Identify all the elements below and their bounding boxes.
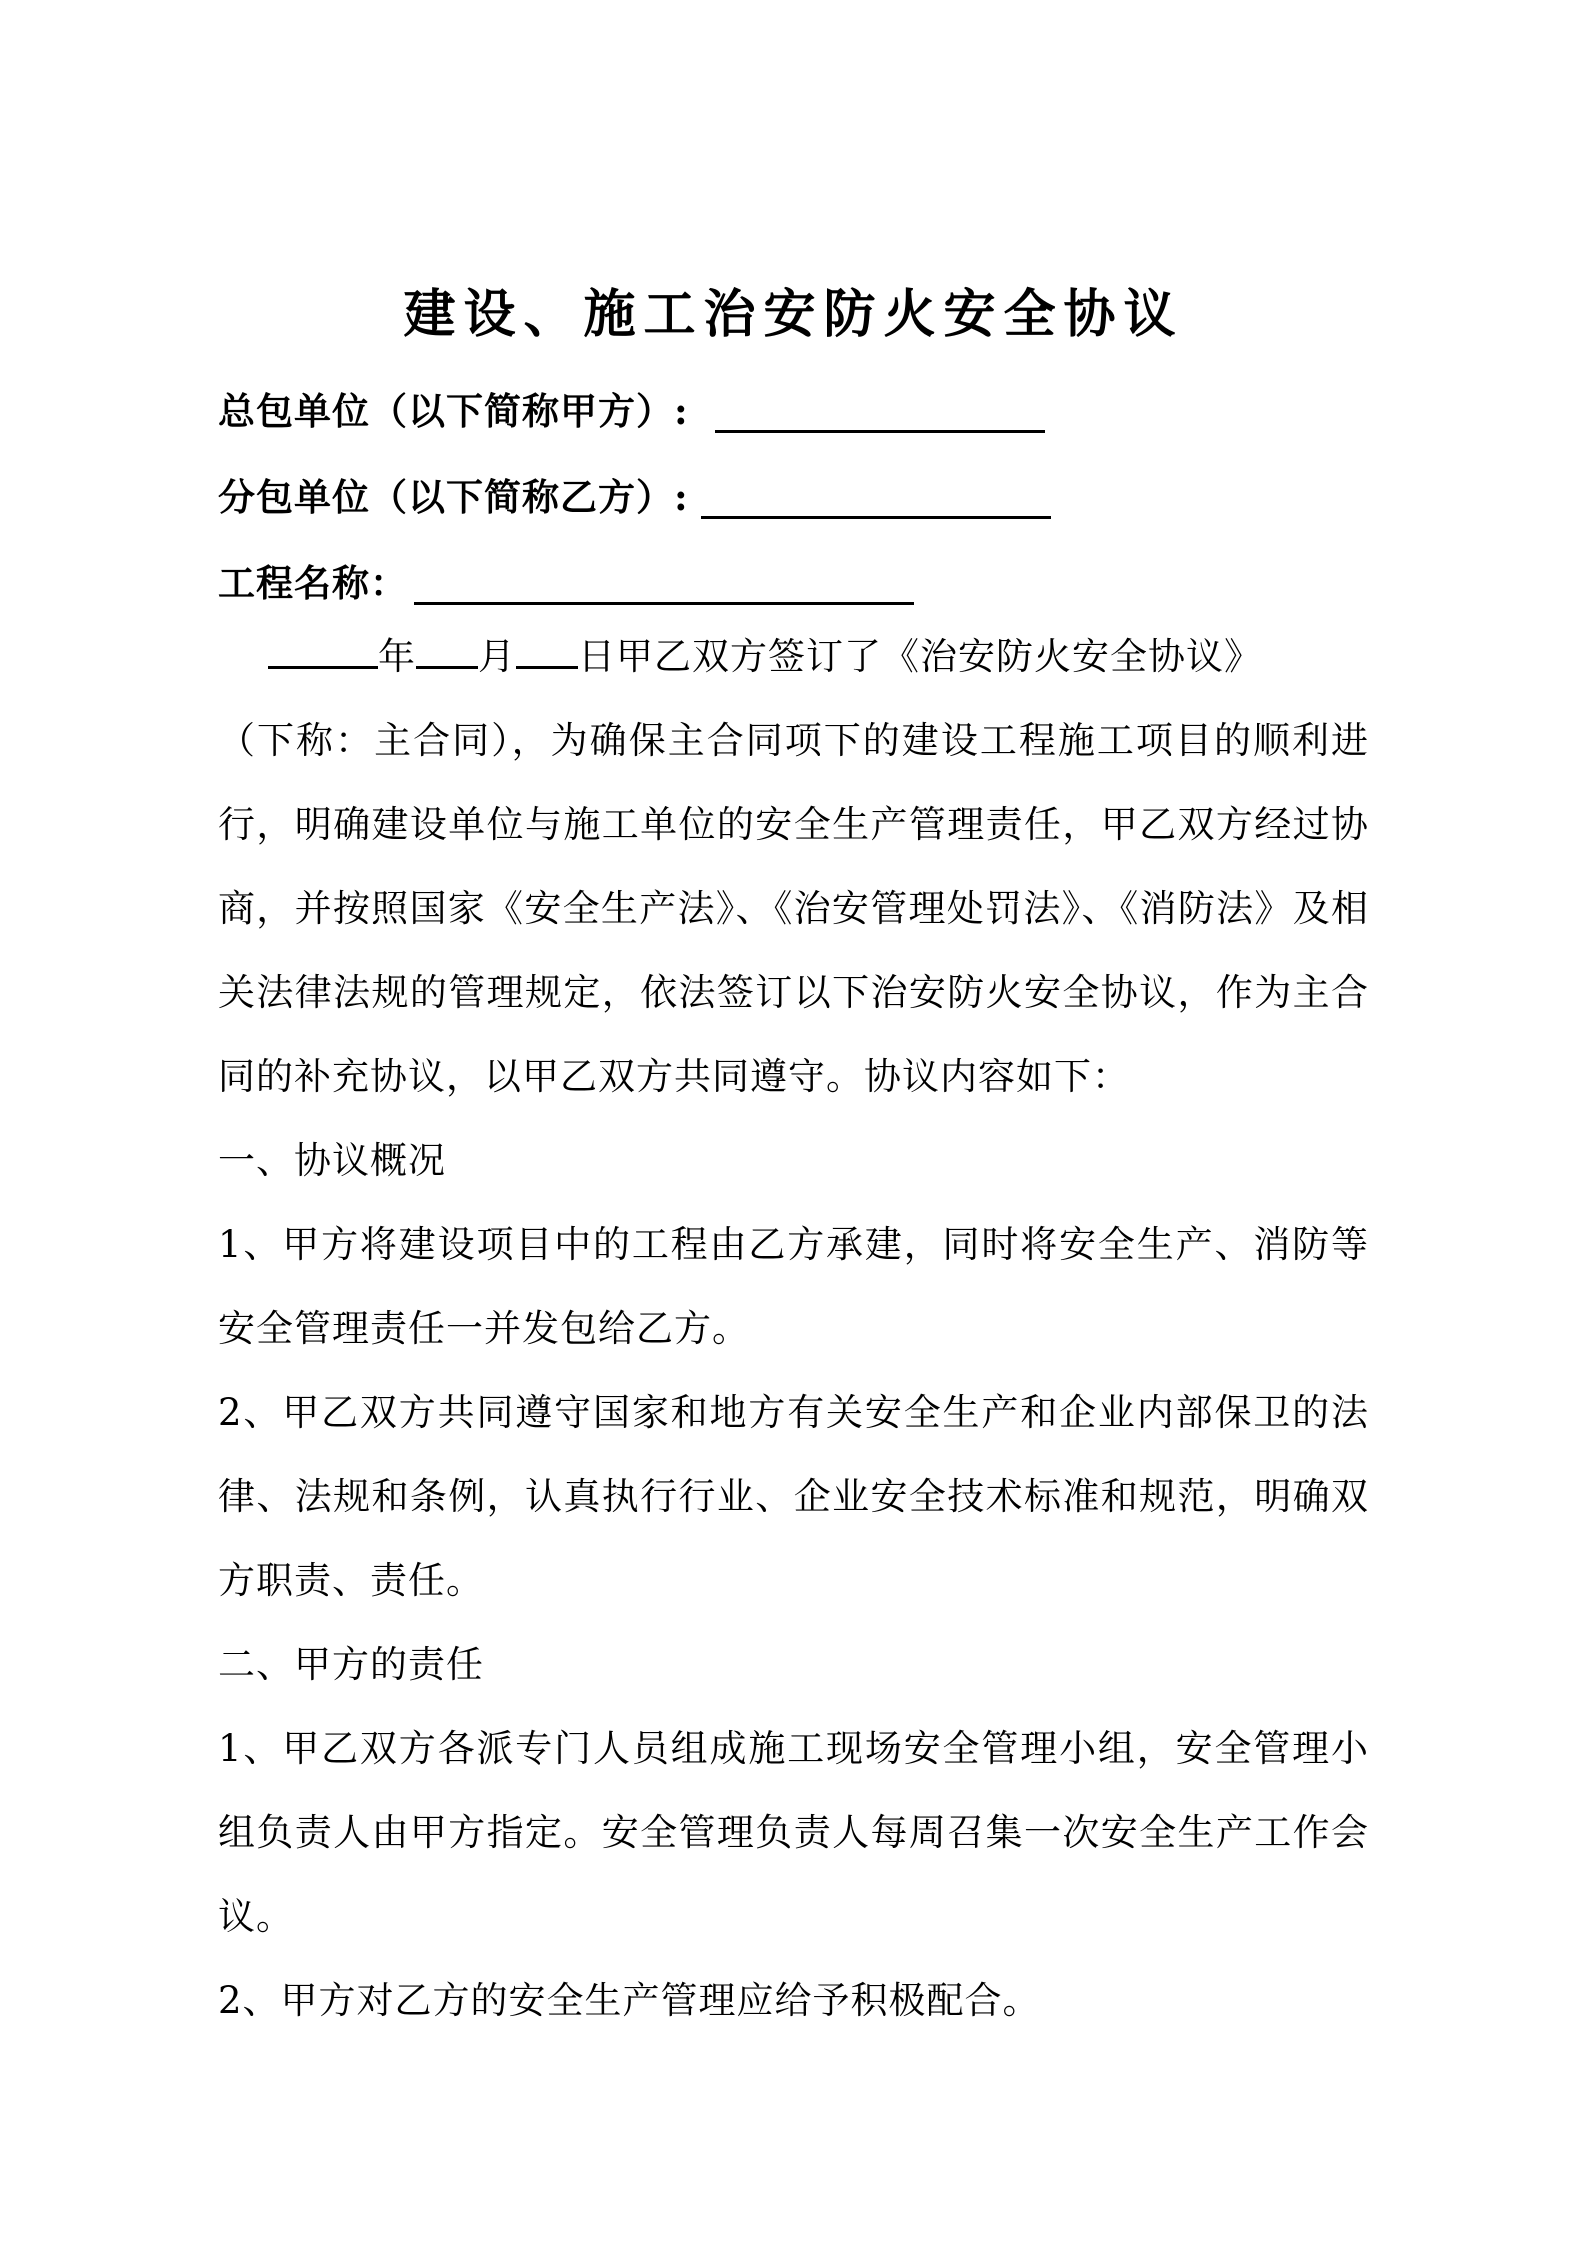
intro-continuation: （下称：主合同），为确保主合同项下的建设工程施工项目的顺利进行，明确建设单位与施…: [218, 719, 1369, 1098]
fill-in-line-project-name[interactable]: [414, 562, 914, 605]
year-label: 年: [378, 635, 416, 678]
fill-in-line-month[interactable]: [416, 632, 478, 669]
fill-in-line-year[interactable]: [268, 632, 378, 669]
document-body: 年月日甲乙双方签订了《治安防火安全协议》（下称：主合同），为确保主合同项下的建设…: [218, 615, 1369, 2043]
section-2-clause-2: 2、甲方对乙方的安全生产管理应给予积极配合。: [218, 1959, 1369, 2043]
intro-first-line: 日甲乙双方签订了《治安防火安全协议》: [578, 635, 1262, 678]
field-row-project-name: 工程名称：: [218, 527, 1369, 613]
section-2-clause-1: 1、甲乙双方各派专门人员组成施工现场安全管理小组，安全管理小组负责人由甲方指定。…: [218, 1707, 1369, 1959]
intro-paragraph: 年月日甲乙双方签订了《治安防火安全协议》（下称：主合同），为确保主合同项下的建设…: [218, 615, 1369, 1119]
fill-in-line-day[interactable]: [516, 632, 578, 669]
field-label-subcontractor: 分包单位（以下简称乙方）:: [218, 475, 689, 519]
section-1-clause-2: 2、甲乙双方共同遵守国家和地方有关安全生产和企业内部保卫的法律、法规和条例，认真…: [218, 1371, 1369, 1623]
document-page: 建设、施工治安防火安全协议 总包单位（以下简称甲方）: 分包单位（以下简称乙方）…: [0, 0, 1587, 2245]
header-fields: 总包单位（以下简称甲方）: 分包单位（以下简称乙方）: 工程名称：: [218, 355, 1369, 613]
fill-in-line-subcontractor[interactable]: [701, 476, 1051, 519]
field-row-general-contractor: 总包单位（以下简称甲方）:: [218, 355, 1369, 441]
field-row-subcontractor: 分包单位（以下简称乙方）:: [218, 441, 1369, 527]
fill-in-line-general-contractor[interactable]: [715, 390, 1045, 433]
month-label: 月: [478, 635, 516, 678]
section-1-heading: 一、协议概况: [218, 1119, 1369, 1203]
field-label-project-name: 工程名称：: [218, 561, 408, 605]
section-2-heading: 二、甲方的责任: [218, 1623, 1369, 1707]
document-title: 建设、施工治安防火安全协议: [218, 282, 1369, 347]
field-label-general-contractor: 总包单位（以下简称甲方）:: [218, 389, 689, 433]
section-1-clause-1: 1、甲方将建设项目中的工程由乙方承建，同时将安全生产、消防等安全管理责任一并发包…: [218, 1203, 1369, 1371]
